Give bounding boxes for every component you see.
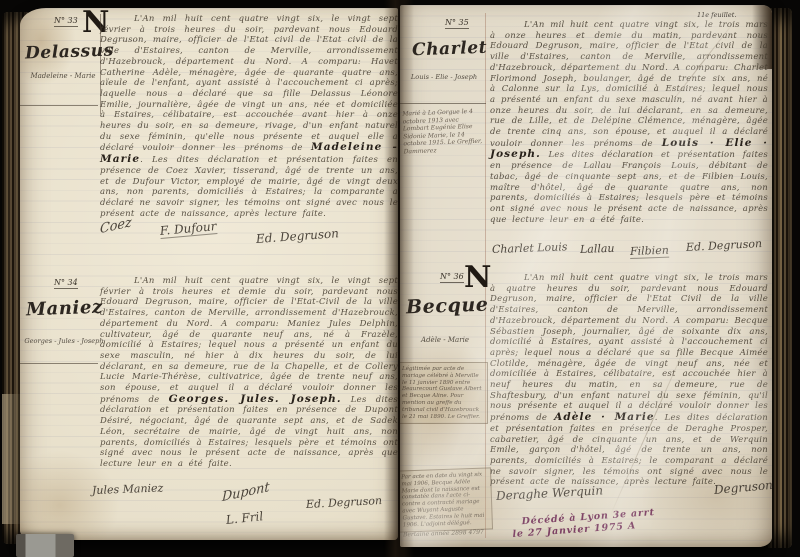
act-text: L'An mil huit cent quatre vingt six, le … [490,273,768,487]
legitimation-margin-note: Légitimée par acte de mariage célébré à … [400,362,488,424]
margin-given-names: Louis - Elie - Joseph [400,73,488,81]
signature: Filbien [630,244,669,259]
folio-label: 11e feuillet. [697,11,736,19]
signature: Ed. Degruson [306,494,383,511]
act-text: L'An mil huit cent quatre vingt six, le … [100,276,398,484]
right-page: 11e feuillet. N° 35 Charlet Louis - Elie… [400,5,772,547]
margin-line [20,363,98,364]
margin-surname: Maniez [26,297,103,321]
margin-surname: Charlet [412,38,488,61]
act-text-after: . Les dites déclaration et présentation … [490,413,768,487]
act-text-after: Les dites déclaration et présentation fa… [490,150,768,224]
pencil-note: Bertaine année 2898 4797 [403,529,484,539]
marriage-margin-note: Par acte en date du vingt six mai 1906, … [400,467,493,533]
margin-given-names: Madeleine - Marie [20,72,106,80]
signature: L. Fril [225,509,264,527]
child-name: Georges. Jules. Joseph. [169,393,342,405]
act-text-before: L'An mil huit cent quatre vingt six, le … [100,276,398,405]
act-text: L'An mil huit cent quatre vingt six, le … [490,20,768,234]
margin-line [20,105,98,106]
marriage-margin-note: Marié à La Gorgue le 4 octobre 1913 avec… [402,108,486,156]
letter-n: N [464,263,491,293]
margin-line [400,103,486,104]
record-number: N° 36 [440,272,464,283]
signature: Ed. Degruson [686,237,763,254]
record-number: N° 35 [445,18,469,29]
record-number: N° 34 [54,278,78,289]
child-name: Adèle · Marie [554,411,655,423]
left-page: N° 33 N Delassus Madeleine - Marie L'An … [20,8,398,540]
book-cradle [16,534,74,557]
signature: Jules Maniez [92,482,164,497]
act-text-before: L'An mil huit cent quatre vingt six, le … [490,273,768,423]
margin-surname: Becque [406,294,489,319]
act-text-after: . Les dites déclaration et présentation … [100,155,398,219]
signature: Charlet Louis [492,240,568,256]
margin-given-names: Adèle - Marie [400,336,490,344]
death-annotation-stamp: Décédé à Lyon 3e arrt le 27 Janvier 1975… [511,507,656,540]
act-text-after: Les dites déclaration et présentation fa… [100,395,398,469]
act-text-before: L'An mil huit cent quatre vingt six, le … [490,20,768,149]
margin-given-names: Georges - Jules - Joseph [20,337,108,345]
register-photograph: N° 33 N Delassus Madeleine - Marie L'An … [0,0,800,557]
signature: Ed. Degruson [256,226,340,246]
act-text: L'An mil huit cent quatre vingt six, le … [100,14,398,226]
signature: Lallau [580,242,615,256]
act-text-before: L'An mil huit cent quatre vingt six, le … [100,14,398,153]
record-number: N° 33 [54,16,78,27]
